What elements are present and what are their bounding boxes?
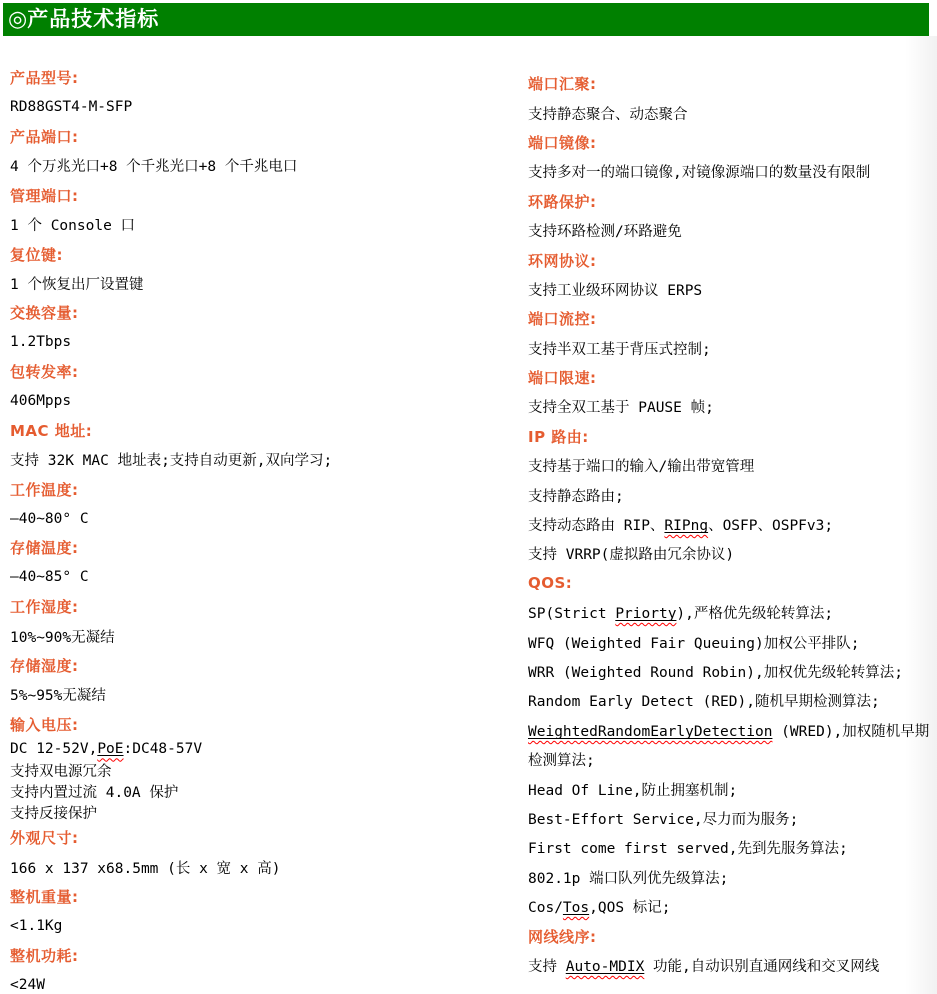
spec-text: DC 12-52V,PoE:DC48-57V — [10, 741, 202, 757]
spec-heading: 工作湿度: — [10, 596, 79, 617]
spec-text: 1 个 Console 口 — [10, 214, 135, 235]
misspelled-word: WeightedRandomEarlyDetection — [528, 724, 772, 740]
spec-text-row: 支持静态路由; — [528, 480, 923, 509]
spec-text: 支持工业级环网协议 ERPS — [528, 279, 702, 300]
spec-heading-row: 复位键: — [10, 239, 515, 268]
spec-text: 1.2Tbps — [10, 334, 71, 350]
spec-text: <1.1Kg — [10, 918, 62, 934]
spec-heading-row: 端口汇聚: — [528, 69, 923, 98]
spec-heading: 整机重量: — [10, 886, 79, 907]
spec-text-row: 支持动态路由 RIP、RIPng、OSFP、OSPFv3; — [528, 510, 923, 539]
spec-text: 支持多对一的端口镜像,对镜像源端口的数量没有限制 — [528, 161, 870, 182]
spec-text: WeightedRandomEarlyDetection (WRED),加权随机… — [528, 720, 929, 741]
spec-heading-row: 输入电压: — [10, 710, 515, 739]
spec-heading-row: 网线线序: — [528, 921, 923, 950]
product-spec-page: { "header": { "icon": "◎", "title": "产品技… — [0, 0, 937, 994]
spec-heading-row: 环网协议: — [528, 245, 923, 274]
spec-heading-row: 端口限速: — [528, 363, 923, 392]
spec-text-row: 支持半双工基于背压式控制; — [528, 334, 923, 363]
spec-text: 4 个万兆光口+8 个千兆光口+8 个千兆电口 — [10, 155, 297, 176]
spec-heading-row: 管理端口: — [10, 181, 515, 210]
spec-text: 支持半双工基于背压式控制; — [528, 338, 711, 359]
spec-heading: 工作温度: — [10, 479, 79, 500]
spec-heading: 存储温度: — [10, 537, 79, 558]
spec-heading: QOS: — [528, 574, 572, 592]
spec-text-row: 802.1p 端口队列优先级算法; — [528, 863, 923, 892]
spec-text: 支持静态聚合、动态聚合 — [528, 103, 688, 124]
spec-text: —40~85° C — [10, 569, 89, 585]
spellcheck-underline: Auto-MDIX — [566, 959, 645, 975]
spec-text: WFQ (Weighted Fair Queuing)加权公平排队; — [528, 632, 859, 653]
spec-text: 5%~95%无凝结 — [10, 684, 106, 705]
spec-text: 检测算法; — [528, 749, 595, 770]
spellcheck-underline: Priorty — [615, 606, 676, 622]
spec-text-row: 406Mpps — [10, 386, 515, 415]
spec-text-row: WeightedRandomEarlyDetection (WRED),加权随机… — [528, 716, 923, 745]
spec-heading-row: 端口流控: — [528, 304, 923, 333]
spec-text: 支持基于端口的输入/输出带宽管理 — [528, 455, 754, 476]
spec-heading-row: 包转发率: — [10, 357, 515, 386]
spec-heading-row: 存储湿度: — [10, 651, 515, 680]
spec-text: 10%~90%无凝结 — [10, 626, 115, 647]
spec-text-row: DC 12-52V,PoE:DC48-57V — [10, 739, 515, 760]
page-title: 产品技术指标 — [27, 9, 159, 30]
spec-text-row: 支持双电源冗余 — [10, 760, 515, 781]
misspelled-word: PoE — [97, 741, 123, 757]
spec-text-row: 支持 Auto-MDIX 功能,自动识别直通网线和交叉网线 — [528, 951, 923, 980]
spec-text: 支持静态路由; — [528, 485, 624, 506]
spec-heading-row: 整机重量: — [10, 882, 515, 911]
spec-heading: 端口镜像: — [528, 132, 597, 153]
misspelled-word: Auto-MDIX — [566, 959, 645, 975]
spec-heading-row: 整机功耗: — [10, 941, 515, 970]
spec-text-row: 166 x 137 x68.5mm (长 x 宽 x 高) — [10, 852, 515, 881]
spec-heading: 网线线序: — [528, 926, 597, 947]
spec-text: 支持 VRRP(虚拟路由冗余协议) — [528, 543, 734, 564]
spec-text: —40~80° C — [10, 511, 89, 527]
spec-heading: 产品端口: — [10, 126, 79, 147]
spec-heading-row: 端口镜像: — [528, 128, 923, 157]
spec-text: SP(Strict Priorty),严格优先级轮转算法; — [528, 602, 833, 623]
spec-text-row: —40~80° C — [10, 504, 515, 533]
spec-heading: IP 路由: — [528, 426, 589, 447]
misspelled-word: RIPng — [664, 518, 708, 534]
spec-text: 支持动态路由 RIP、RIPng、OSFP、OSPFv3; — [528, 514, 833, 535]
spec-heading-row: 外观尺寸: — [10, 823, 515, 852]
spec-text-row: 支持 VRRP(虚拟路由冗余协议) — [528, 539, 923, 568]
spec-heading-row: QOS: — [528, 569, 923, 598]
spec-text: Head Of Line,防止拥塞机制; — [528, 779, 737, 800]
spec-heading: 环路保护: — [528, 191, 597, 212]
spec-heading-row: 工作湿度: — [10, 592, 515, 621]
spec-text-row: WRR (Weighted Round Robin),加权优先级轮转算法; — [528, 657, 923, 686]
spec-text: 166 x 137 x68.5mm (长 x 宽 x 高) — [10, 857, 280, 878]
spec-text-row: RD88GST4-M-SFP — [10, 92, 515, 121]
spec-heading-row: 工作温度: — [10, 474, 515, 503]
spec-heading-row: 产品型号: — [10, 63, 515, 92]
spec-text-row: 4 个万兆光口+8 个千兆光口+8 个千兆电口 — [10, 151, 515, 180]
spec-heading: 外观尺寸: — [10, 827, 79, 848]
spec-text-row: 支持环路检测/环路避免 — [528, 216, 923, 245]
spec-text-row: Best-Effort Service,尽力而为服务; — [528, 804, 923, 833]
spec-text: Random Early Detect (RED),随机早期检测算法; — [528, 690, 880, 711]
spec-text: 支持全双工基于 PAUSE 帧; — [528, 396, 714, 417]
spec-heading: 端口限速: — [528, 367, 597, 388]
spec-text-row: SP(Strict Priorty),严格优先级轮转算法; — [528, 598, 923, 627]
spec-text-row: Random Early Detect (RED),随机早期检测算法; — [528, 686, 923, 715]
spec-text-row: 支持内置过流 4.0A 保护 — [10, 781, 515, 802]
spec-text: First come first served,先到先服务算法; — [528, 837, 848, 858]
spec-heading: 包转发率: — [10, 361, 79, 382]
spec-heading: 复位键: — [10, 244, 63, 265]
spec-heading: 环网协议: — [528, 250, 597, 271]
spec-heading: MAC 地址: — [10, 420, 92, 441]
spec-column-left: 产品型号:RD88GST4-M-SFP产品端口:4 个万兆光口+8 个千兆光口+… — [10, 63, 515, 994]
spec-heading-row: MAC 地址: — [10, 416, 515, 445]
spec-text: 支持 32K MAC 地址表;支持自动更新,双向学习; — [10, 449, 332, 470]
spec-heading: 交换容量: — [10, 302, 79, 323]
spellcheck-underline: PoE — [97, 741, 123, 757]
spec-text-row: —40~85° C — [10, 563, 515, 592]
section-title-bar: ◎ 产品技术指标 — [3, 3, 929, 36]
spellcheck-underline: Tos — [563, 900, 589, 916]
spec-heading: 输入电压: — [10, 714, 79, 735]
spec-text: 支持 Auto-MDIX 功能,自动识别直通网线和交叉网线 — [528, 955, 879, 976]
spellcheck-underline: RIPng — [664, 518, 708, 534]
spec-column-right: 端口汇聚:支持静态聚合、动态聚合端口镜像:支持多对一的端口镜像,对镜像源端口的数… — [528, 69, 923, 980]
spec-text-row: Cos/Tos,QOS 标记; — [528, 892, 923, 921]
spec-text: 支持环路检测/环路避免 — [528, 220, 682, 241]
spec-text: 802.1p 端口队列优先级算法; — [528, 867, 728, 888]
spec-heading: 端口流控: — [528, 308, 597, 329]
spec-text: 支持反接保护 — [10, 802, 97, 823]
spec-text-row: 1 个恢复出厂设置键 — [10, 269, 515, 298]
spec-text: RD88GST4-M-SFP — [10, 99, 132, 115]
spec-text-row: 支持 32K MAC 地址表;支持自动更新,双向学习; — [10, 445, 515, 474]
spec-text: 406Mpps — [10, 393, 71, 409]
spec-text-row: 1 个 Console 口 — [10, 210, 515, 239]
spec-text-row: First come first served,先到先服务算法; — [528, 833, 923, 862]
spec-text-row: 1.2Tbps — [10, 328, 515, 357]
spec-heading: 整机功耗: — [10, 945, 79, 966]
spec-text-row: 支持基于端口的输入/输出带宽管理 — [528, 451, 923, 480]
spec-heading-row: 交换容量: — [10, 298, 515, 327]
spec-text: Cos/Tos,QOS 标记; — [528, 896, 671, 917]
spec-heading: 产品型号: — [10, 67, 79, 88]
spec-heading-row: IP 路由: — [528, 422, 923, 451]
spec-text-row: Head Of Line,防止拥塞机制; — [528, 774, 923, 803]
spec-text: WRR (Weighted Round Robin),加权优先级轮转算法; — [528, 661, 903, 682]
spec-heading: 端口汇聚: — [528, 73, 597, 94]
misspelled-word: Tos — [563, 900, 589, 916]
spec-text: Best-Effort Service,尽力而为服务; — [528, 808, 798, 829]
spec-text-row: <24W — [10, 970, 515, 994]
spec-text-row: 检测算法; — [528, 745, 923, 774]
spec-text-row: 支持反接保护 — [10, 802, 515, 823]
spec-heading-row: 环路保护: — [528, 187, 923, 216]
spec-heading-row: 产品端口: — [10, 122, 515, 151]
spec-text-row: <1.1Kg — [10, 911, 515, 940]
spec-text-row: 支持全双工基于 PAUSE 帧; — [528, 392, 923, 421]
spec-text-row: 5%~95%无凝结 — [10, 680, 515, 709]
spec-text-row: 支持多对一的端口镜像,对镜像源端口的数量没有限制 — [528, 157, 923, 186]
spec-text-row: WFQ (Weighted Fair Queuing)加权公平排队; — [528, 627, 923, 656]
spec-heading: 管理端口: — [10, 185, 79, 206]
spec-heading: 存储湿度: — [10, 655, 79, 676]
spec-text-row: 10%~90%无凝结 — [10, 621, 515, 650]
spellcheck-underline: WeightedRandomEarlyDetection — [528, 724, 772, 740]
spec-text: 1 个恢复出厂设置键 — [10, 273, 143, 294]
spec-text-row: 支持工业级环网协议 ERPS — [528, 275, 923, 304]
spec-text: 支持内置过流 4.0A 保护 — [10, 781, 178, 802]
spec-text: <24W — [10, 977, 45, 993]
spec-heading-row: 存储温度: — [10, 533, 515, 562]
misspelled-word: Priorty — [615, 606, 676, 622]
spec-text-row: 支持静态聚合、动态聚合 — [528, 98, 923, 127]
spec-text: 支持双电源冗余 — [10, 760, 112, 781]
bullseye-icon: ◎ — [3, 9, 27, 31]
